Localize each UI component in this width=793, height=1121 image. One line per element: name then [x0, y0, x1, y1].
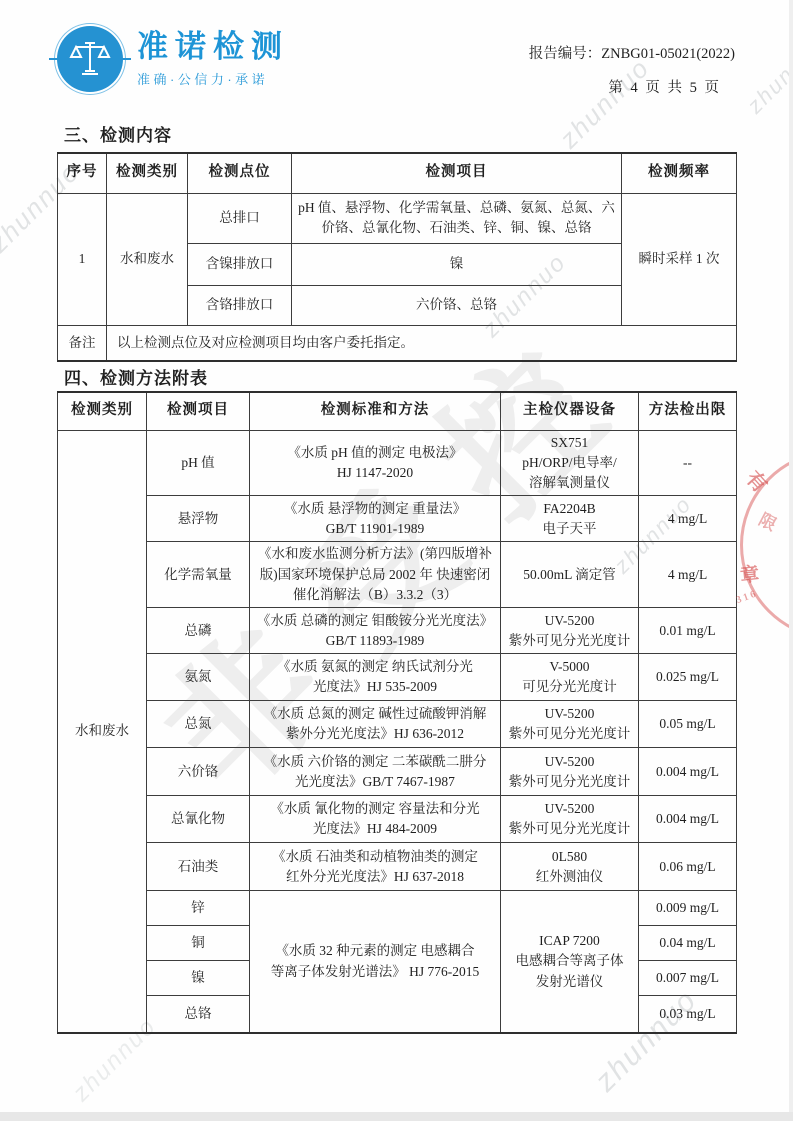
cell-item: 氨氮 [147, 654, 250, 701]
remark-text: 以上检测点位及对应检测项目均由客户委托指定。 [107, 325, 737, 361]
cell-item: 石油类 [147, 843, 250, 891]
method-table-header-row: 检测类别 检测项目 检测标准和方法 主检仪器设备 方法检出限 [58, 392, 737, 430]
table-row: 悬浮物 《水质 悬浮物的测定 重量法》 GB/T 11901-1989 FA22… [58, 496, 737, 542]
cell-item: 铜 [147, 926, 250, 961]
content-table: 序号 检测类别 检测点位 检测项目 检测频率 1 水和废水 总排口 pH 值、悬… [57, 152, 737, 362]
brand-name: 准诺检测 [137, 30, 289, 64]
table-row: 六价铬 《水质 六价铬的测定 二苯碳酰二肼分 光光度法》GB/T 7467-19… [58, 748, 737, 796]
cell-method: 《水质 六价铬的测定 二苯碳酰二肼分 光光度法》GB/T 7467-1987 [250, 748, 501, 796]
cell-method: 《水质 总氮的测定 碱性过硫酸钾消解 紫外分光光度法》HJ 636-2012 [250, 701, 501, 748]
brand-slogan: 准确·公信力·承诺 [137, 69, 289, 88]
cell-method: 《水质 氰化物的测定 容量法和分光 光度法》HJ 484-2009 [250, 796, 501, 843]
watermark: zhunnuo [742, 31, 793, 119]
col-header-method: 检测标准和方法 [250, 392, 501, 430]
table-row: 总磷 《水质 总磷的测定 钼酸铵分光光度法》 GB/T 11893-1989 U… [58, 608, 737, 654]
method-table: 检测类别 检测项目 检测标准和方法 主检仪器设备 方法检出限 水和废水 pH 值… [57, 391, 737, 1034]
cell-point: 含镍排放口 [188, 243, 292, 285]
cell-instrument: ICAP 7200 电感耦合等离子体 发射光谱仪 [501, 891, 639, 1033]
section-3-title: 三、检测内容 [64, 121, 172, 146]
cell-item: 镍 [147, 961, 250, 996]
remark-row: 备注 以上检测点位及对应检测项目均由客户委托指定。 [58, 325, 737, 361]
table-row: 1 水和废水 总排口 pH 值、悬浮物、化学需氧量、总磷、氨氮、总氮、六价铬、总… [58, 193, 737, 243]
col-header-point: 检测点位 [188, 153, 292, 193]
cell-item: 总磷 [147, 608, 250, 654]
cell-item: 化学需氧量 [147, 542, 250, 608]
col-header-frequency: 检测频率 [622, 153, 737, 193]
cell-item: 总氮 [147, 701, 250, 748]
table-row: 氨氮 《水质 氨氮的测定 纳氏试剂分光 光度法》HJ 535-2009 V-50… [58, 654, 737, 701]
cell-items: pH 值、悬浮物、化学需氧量、总磷、氨氮、总氮、六价铬、总氰化物、石油类、锌、铜… [292, 193, 622, 243]
cell-instrument: UV-5200 紫外可见分光光度计 [501, 608, 639, 654]
cell-limit: 0.025 mg/L [639, 654, 737, 701]
table-row: 总氰化物 《水质 氰化物的测定 容量法和分光 光度法》HJ 484-2009 U… [58, 796, 737, 843]
cell-item: 总氰化物 [147, 796, 250, 843]
cell-method: 《水质 总磷的测定 钼酸铵分光光度法》 GB/T 11893-1989 [250, 608, 501, 654]
cell-frequency: 瞬时采样 1 次 [622, 193, 737, 325]
cell-instrument: V-5000 可见分光光度计 [501, 654, 639, 701]
table-row: 锌 《水质 32 种元素的测定 电感耦合 等离子体发射光谱法》 HJ 776-2… [58, 891, 737, 926]
table-row: 化学需氧量 《水和废水监测分析方法》(第四版增补版)国家环境保护总局 2002 … [58, 542, 737, 608]
cell-items: 六价铬、总铬 [292, 285, 622, 325]
page-header: 准诺检测 准确·公信力·承诺 报告编号：ZNBG01-05021(2022) 第… [57, 26, 743, 102]
cell-instrument: SX751 pH/ORP/电导率/ 溶解氧测量仪 [501, 430, 639, 496]
page-edge [0, 1112, 793, 1121]
col-header-category: 检测类别 [58, 392, 147, 430]
col-header-seq: 序号 [58, 153, 107, 193]
table-row: 总氮 《水质 总氮的测定 碱性过硫酸钾消解 紫外分光光度法》HJ 636-201… [58, 701, 737, 748]
cell-method: 《水质 32 种元素的测定 电感耦合 等离子体发射光谱法》 HJ 776-201… [250, 891, 501, 1033]
emblem-line [121, 58, 131, 60]
cell-category: 水和废水 [107, 193, 188, 325]
report-number: 报告编号：ZNBG01-05021(2022) [529, 42, 735, 63]
cell-point: 含铬排放口 [188, 285, 292, 325]
cell-items: 镍 [292, 243, 622, 285]
report-page: 非受控 zhunnuo zhunnuo zhunnuo zhunnuo zhun… [0, 0, 793, 1121]
cell-method: 《水质 石油类和动植物油类的测定 红外分光光度法》HJ 637-2018 [250, 843, 501, 891]
remark-label: 备注 [58, 325, 107, 361]
cell-item: 悬浮物 [147, 496, 250, 542]
table-row: 水和废水 pH 值 《水质 pH 值的测定 电极法》 HJ 1147-2020 … [58, 430, 737, 496]
page-edge [789, 0, 793, 1121]
cell-limit: 4 mg/L [639, 496, 737, 542]
cell-instrument: 0L580 红外测油仪 [501, 843, 639, 891]
company-logo: 准诺检测 准确·公信力·承诺 [57, 26, 289, 92]
cell-method: 《水质 pH 值的测定 电极法》 HJ 1147-2020 [250, 430, 501, 496]
cell-limit: -- [639, 430, 737, 496]
cell-item: 锌 [147, 891, 250, 926]
cell-limit: 0.004 mg/L [639, 748, 737, 796]
cell-point: 总排口 [188, 193, 292, 243]
cell-instrument: UV-5200 紫外可见分光光度计 [501, 701, 639, 748]
cell-method: 《水和废水监测分析方法》(第四版增补版)国家环境保护总局 2002 年 快速密闭… [250, 542, 501, 608]
scales-emblem-icon [57, 26, 123, 92]
scales-of-justice-icon [68, 37, 112, 81]
col-header-item: 检测项目 [147, 392, 250, 430]
red-seal-serial: 3 1 6 [735, 589, 758, 606]
cell-item: pH 值 [147, 430, 250, 496]
section-4-title: 四、检测方法附表 [64, 364, 208, 389]
col-header-limit: 方法检出限 [639, 392, 737, 430]
cell-method: 《水质 氨氮的测定 纳氏试剂分光 光度法》HJ 535-2009 [250, 654, 501, 701]
cell-limit: 0.009 mg/L [639, 891, 737, 926]
content-table-header-row: 序号 检测类别 检测点位 检测项目 检测频率 [58, 153, 737, 193]
cell-method: 《水质 悬浮物的测定 重量法》 GB/T 11901-1989 [250, 496, 501, 542]
page-indicator: 第 4 页 共 5 页 [529, 76, 721, 97]
report-meta: 报告编号：ZNBG01-05021(2022) 第 4 页 共 5 页 [529, 42, 735, 97]
col-header-category: 检测类别 [107, 153, 188, 193]
table-row: 石油类 《水质 石油类和动植物油类的测定 红外分光光度法》HJ 637-2018… [58, 843, 737, 891]
cell-instrument: FA2204B 电子天平 [501, 496, 639, 542]
cell-limit: 0.004 mg/L [639, 796, 737, 843]
cell-item: 六价铬 [147, 748, 250, 796]
cell-category: 水和废水 [58, 430, 147, 1033]
emblem-line [49, 58, 59, 60]
red-seal-char: 章 [739, 559, 761, 588]
cell-limit: 0.03 mg/L [639, 996, 737, 1033]
col-header-instrument: 主检仪器设备 [501, 392, 639, 430]
brand-text: 准诺检测 准确·公信力·承诺 [137, 30, 289, 88]
cell-instrument: UV-5200 紫外可见分光光度计 [501, 796, 639, 843]
cell-seq: 1 [58, 193, 107, 325]
col-header-items: 检测项目 [292, 153, 622, 193]
cell-limit: 4 mg/L [639, 542, 737, 608]
cell-limit: 0.01 mg/L [639, 608, 737, 654]
cell-instrument: 50.00mL 滴定管 [501, 542, 639, 608]
cell-limit: 0.007 mg/L [639, 961, 737, 996]
cell-limit: 0.04 mg/L [639, 926, 737, 961]
cell-instrument: UV-5200 紫外可见分光光度计 [501, 748, 639, 796]
cell-limit: 0.05 mg/L [639, 701, 737, 748]
cell-limit: 0.06 mg/L [639, 843, 737, 891]
cell-item: 总铬 [147, 996, 250, 1033]
